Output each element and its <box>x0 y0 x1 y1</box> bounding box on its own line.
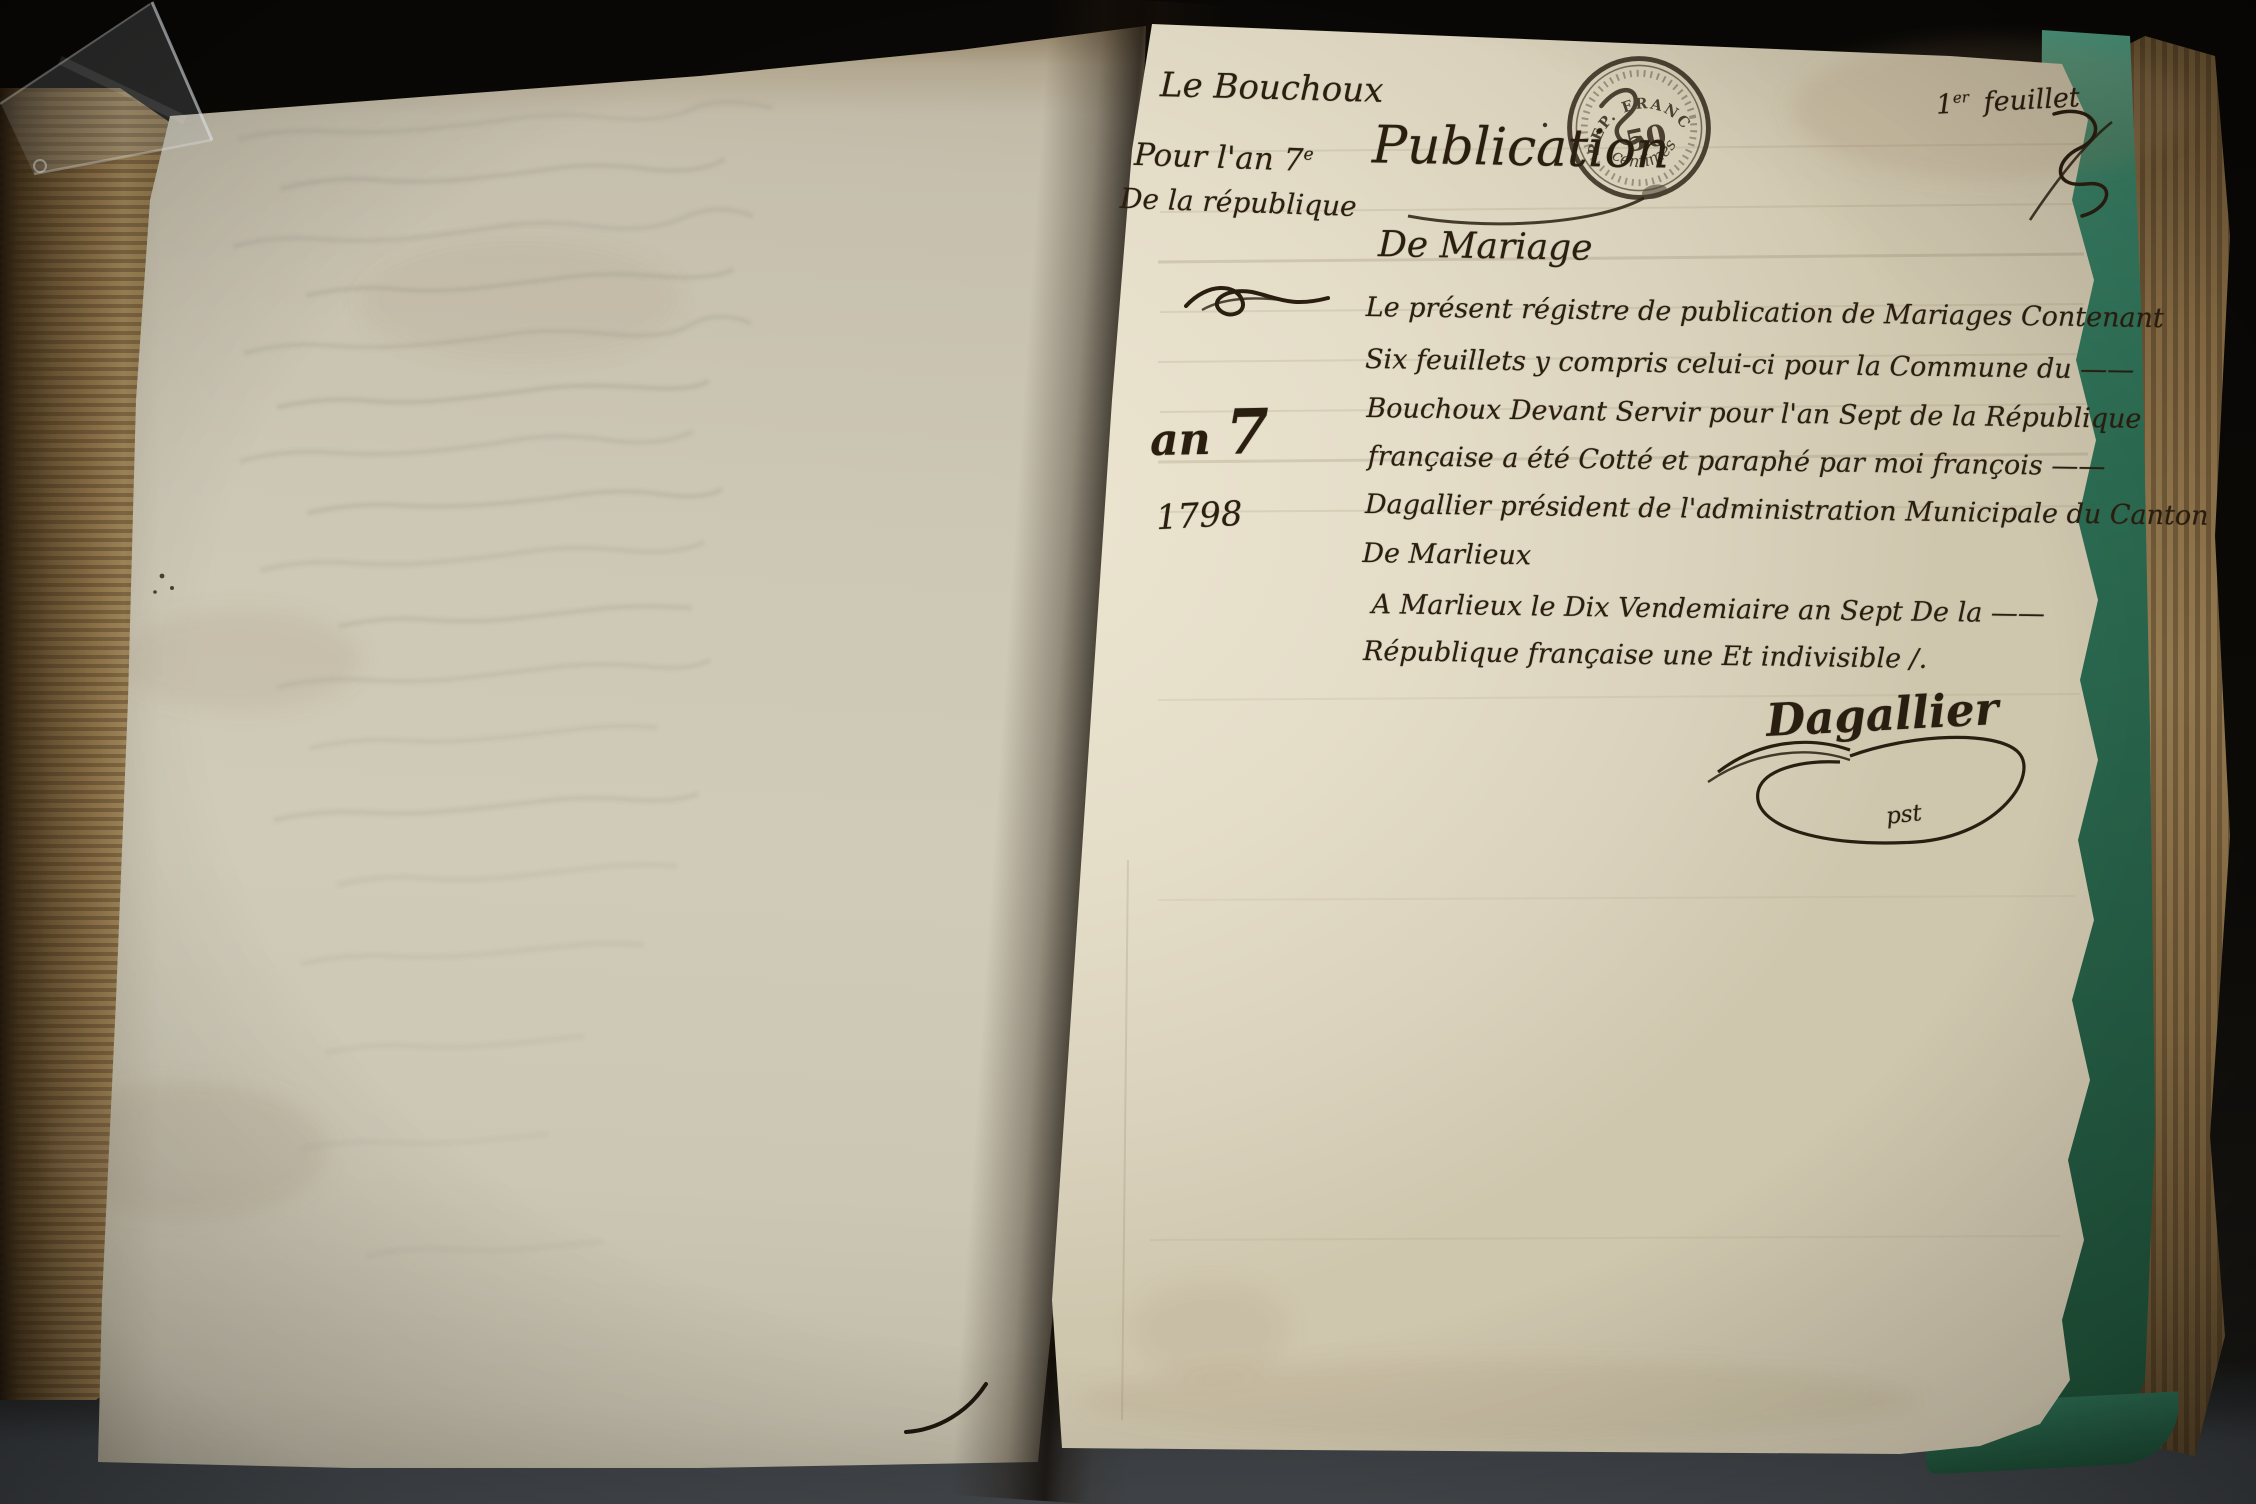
body-line: A Marlieux le Dix Vendemiaire an Sept De… <box>1371 589 2045 629</box>
body-line: française a été Cotté et paraphé par moi… <box>1367 441 2105 482</box>
body-line: Dagallier président de l'administration … <box>1365 489 2209 532</box>
margin-note-line1-sup: e <box>1303 144 1314 164</box>
place-heading: Le Bouchoux <box>1160 65 1384 111</box>
margin-year-1798: 1798 <box>1155 494 1244 538</box>
plexi-page-holder <box>0 0 640 420</box>
photo-canvas: Le Bouchoux Pour l'an 7e De la républiqu… <box>0 0 2256 1504</box>
body-line: De Marlieux <box>1362 538 1531 571</box>
margin-note-line1: Pour l'an 7e <box>1133 137 1314 179</box>
margin-year-an: an 7 <box>1149 395 1269 470</box>
margin-note-line1-text: Pour l'an 7 <box>1133 137 1304 179</box>
folio-paraph <box>2024 104 2124 224</box>
title-line2: De Mariage <box>1378 224 1593 269</box>
body-line: Bouchoux Devant Servir pour l'an Sept de… <box>1366 393 2141 435</box>
body-line: République française une Et indivisible … <box>1363 636 1928 675</box>
body-paragraph: Le présent régistre de publication de Ma… <box>1360 292 2126 703</box>
body-line: Six feuillets y compris celui-ci pour la… <box>1365 344 2135 386</box>
signature-subscript: pst <box>1885 800 1923 830</box>
revenue-stamp: REP. FRANC. 50 centimes <box>1546 40 1732 216</box>
stray-ink-stroke <box>906 1384 986 1432</box>
margin-flourish <box>1178 276 1338 328</box>
